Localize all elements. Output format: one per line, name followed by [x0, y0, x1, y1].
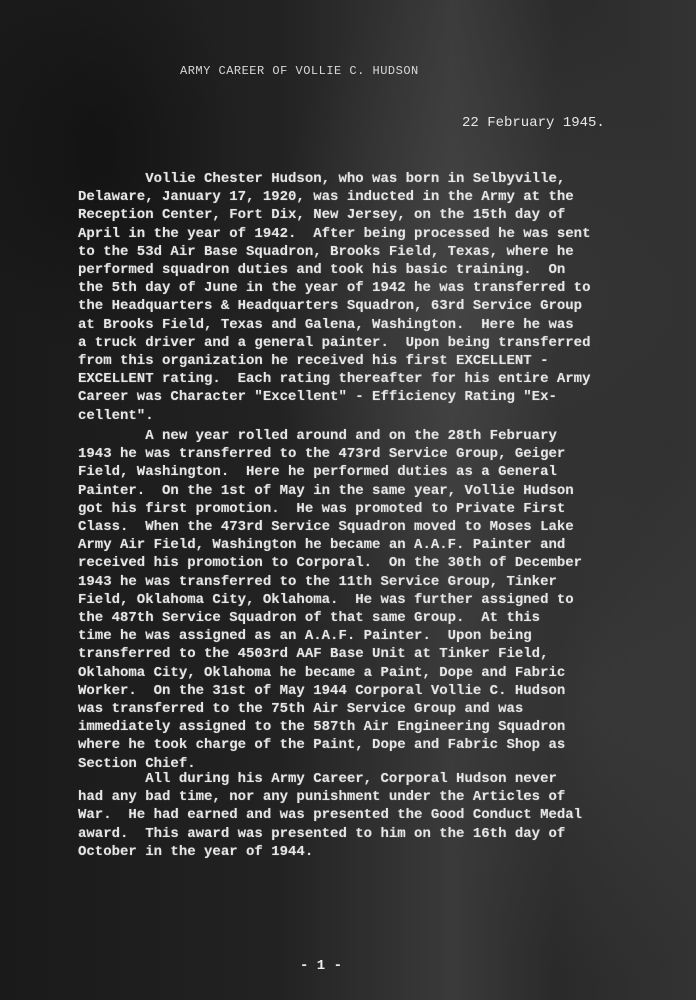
text-line: 1943 he was transferred to the 473rd Ser…: [78, 445, 638, 463]
text-line: the 5th day of June in the year of 1942 …: [78, 279, 638, 297]
text-line: was transferred to the 75th Air Service …: [78, 700, 638, 718]
text-line: October in the year of 1944.: [78, 843, 638, 861]
document-page: ARMY CAREER OF VOLLIE C. HUDSON 22 Febru…: [0, 0, 696, 1000]
paragraph-enlistment: Vollie Chester Hudson, who was born in S…: [78, 170, 638, 425]
text-line: cellent".: [78, 407, 638, 425]
document-title: ARMY CAREER OF VOLLIE C. HUDSON: [180, 64, 419, 78]
text-line: Delaware, January 17, 1920, was inducted…: [78, 188, 638, 206]
text-line: got his first promotion. He was promoted…: [78, 500, 638, 518]
text-line: Painter. On the 1st of May in the same y…: [78, 482, 638, 500]
text-line: 1943 he was transferred to the 11th Serv…: [78, 573, 638, 591]
text-line: Field, Washington. Here he performed dut…: [78, 463, 638, 481]
paragraph-transfers: A new year rolled around and on the 28th…: [78, 427, 638, 773]
text-line: A new year rolled around and on the 28th…: [78, 427, 638, 445]
text-line: Vollie Chester Hudson, who was born in S…: [78, 170, 638, 188]
document-date: 22 February 1945.: [462, 115, 605, 131]
text-line: Oklahoma City, Oklahoma he became a Pain…: [78, 664, 638, 682]
text-line: EXCELLENT rating. Each rating thereafter…: [78, 370, 638, 388]
text-line: Army Air Field, Washington he became an …: [78, 536, 638, 554]
text-line: All during his Army Career, Corporal Hud…: [78, 770, 638, 788]
text-line: Class. When the 473rd Service Squadron m…: [78, 518, 638, 536]
text-line: immediately assigned to the 587th Air En…: [78, 718, 638, 736]
paragraph-conduct: All during his Army Career, Corporal Hud…: [78, 770, 638, 861]
text-line: the Headquarters & Headquarters Squadron…: [78, 297, 638, 315]
text-line: the 487th Service Squadron of that same …: [78, 609, 638, 627]
text-line: April in the year of 1942. After being p…: [78, 225, 638, 243]
text-line: transferred to the 4503rd AAF Base Unit …: [78, 645, 638, 663]
text-line: from this organization he received his f…: [78, 352, 638, 370]
page-number: - 1 -: [300, 958, 342, 974]
text-line: to the 53d Air Base Squadron, Brooks Fie…: [78, 243, 638, 261]
text-line: had any bad time, nor any punishment und…: [78, 788, 638, 806]
text-line: Field, Oklahoma City, Oklahoma. He was f…: [78, 591, 638, 609]
text-line: performed squadron duties and took his b…: [78, 261, 638, 279]
text-line: Worker. On the 31st of May 1944 Corporal…: [78, 682, 638, 700]
text-line: award. This award was presented to him o…: [78, 825, 638, 843]
text-line: at Brooks Field, Texas and Galena, Washi…: [78, 316, 638, 334]
text-line: Career was Character "Excellent" - Effic…: [78, 388, 638, 406]
text-line: War. He had earned and was presented the…: [78, 806, 638, 824]
text-line: received his promotion to Corporal. On t…: [78, 554, 638, 572]
text-line: Reception Center, Fort Dix, New Jersey, …: [78, 206, 638, 224]
text-line: time he was assigned as an A.A.F. Painte…: [78, 627, 638, 645]
text-line: a truck driver and a general painter. Up…: [78, 334, 638, 352]
text-line: where he took charge of the Paint, Dope …: [78, 736, 638, 754]
